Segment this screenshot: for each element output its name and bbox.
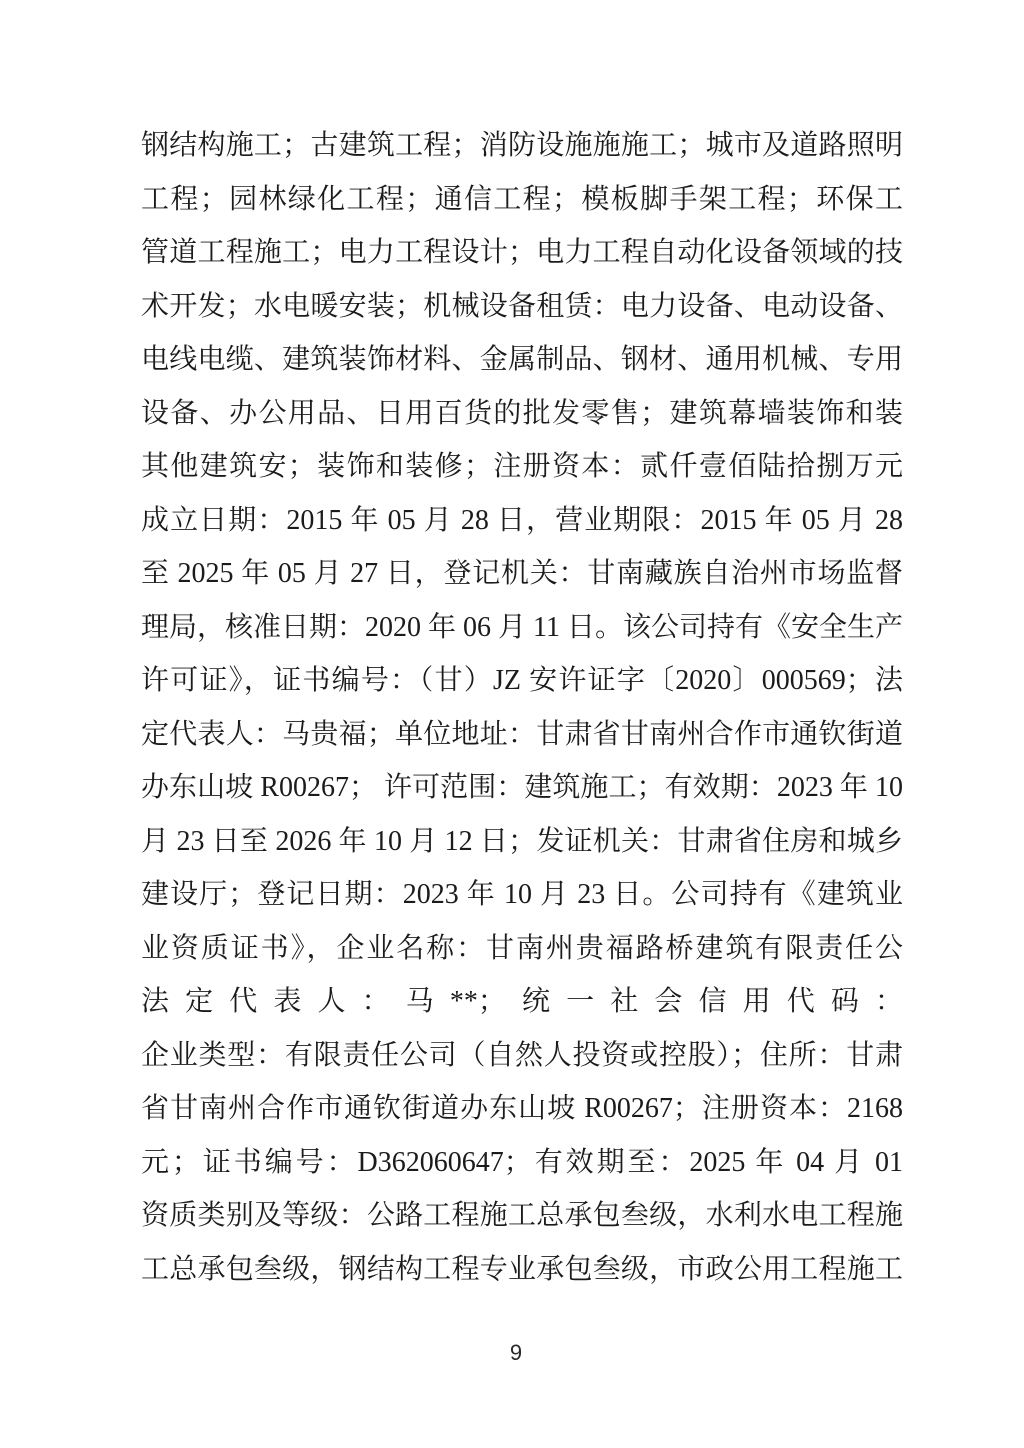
page-footer: 9 [0,1340,1024,1366]
text-line: 企业类型：有限责任公司（自然人投资或控股）；住所：甘肃 [141,1029,903,1083]
text-line: 业资质证书》，企业名称：甘南州贵福路桥建筑有限责任公司； [141,922,903,976]
text-line: 许可证》，证书编号：（甘）JZ 安许证字〔2020〕000569；法 [141,654,903,708]
text-line: 工程；园林绿化工程；通信工程；模板脚手架工程；环保工程； [141,173,903,227]
text-line: 月 23 日至 2026 年 10 月 12 日；发证机关：甘肃省住房和城乡 [141,815,903,869]
text-line: 理局，核准日期：2020 年 06 月 11 日。该公司持有《安全生产 [141,601,903,655]
text-line: 定代表人：马贵福；单位地址：甘肃省甘南州合作市通钦街道 [141,708,903,762]
text-line: 设备、办公用品、日用百货的批发零售；建筑幕墙装饰和装修； [141,387,903,441]
text-line: 成立日期：2015 年 05 月 28 日，营业期限：2015 年 05 月 2… [141,494,903,548]
text-line: 电线电缆、建筑装饰材料、金属制品、钢材、通用机械、专用 [141,333,903,387]
text-line: 钢结构施工；古建筑工程；消防设施施施工；城市及道路照明 [141,119,903,173]
text-line: 管道工程施工；电力工程设计；电力工程自动化设备领域的技 [141,226,903,280]
page-number: 9 [502,1340,522,1366]
text-line: 至 2025 年 05 月 27 日，登记机关：甘南藏族自治州市场监督管 [141,547,903,601]
text-line: 法定代表人：马**；统一社会信用代码：91623000*******8Q6R； [141,975,903,1029]
document-text: 钢结构施工；古建筑工程；消防设施施施工；城市及道路照明 工程；园林绿化工程；通信… [141,119,903,1296]
text-line: 建设厅；登记日期：2023 年 10 月 23 日。公司持有《建筑业企 [141,868,903,922]
document-page: 钢结构施工；古建筑工程；消防设施施施工；城市及道路照明 工程；园林绿化工程；通信… [0,0,1024,1448]
text-line: 资质类别及等级：公路工程施工总承包叁级，水利水电工程施 [141,1189,903,1243]
text-line: 术开发；水电暖安装；机械设备租赁：电力设备、电动设备、 [141,280,903,334]
text-line: 其他建筑安；装饰和装修；注册资本：贰仟壹佰陆拾捌万元整， [141,440,903,494]
text-line: 办东山坡 R00267； 许可范围：建筑施工；有效期：2023 年 10 [141,761,903,815]
text-line: 元；证书编号：D362060647；有效期至：2025 年 04 月 01 日； [141,1136,903,1190]
text-line: 省甘南州合作市通钦街道办东山坡 R00267；注册资本：2168 万 [141,1082,903,1136]
text-line: 工总承包叁级，钢结构工程专业承包叁级，市政公用工程施工 [141,1243,903,1297]
